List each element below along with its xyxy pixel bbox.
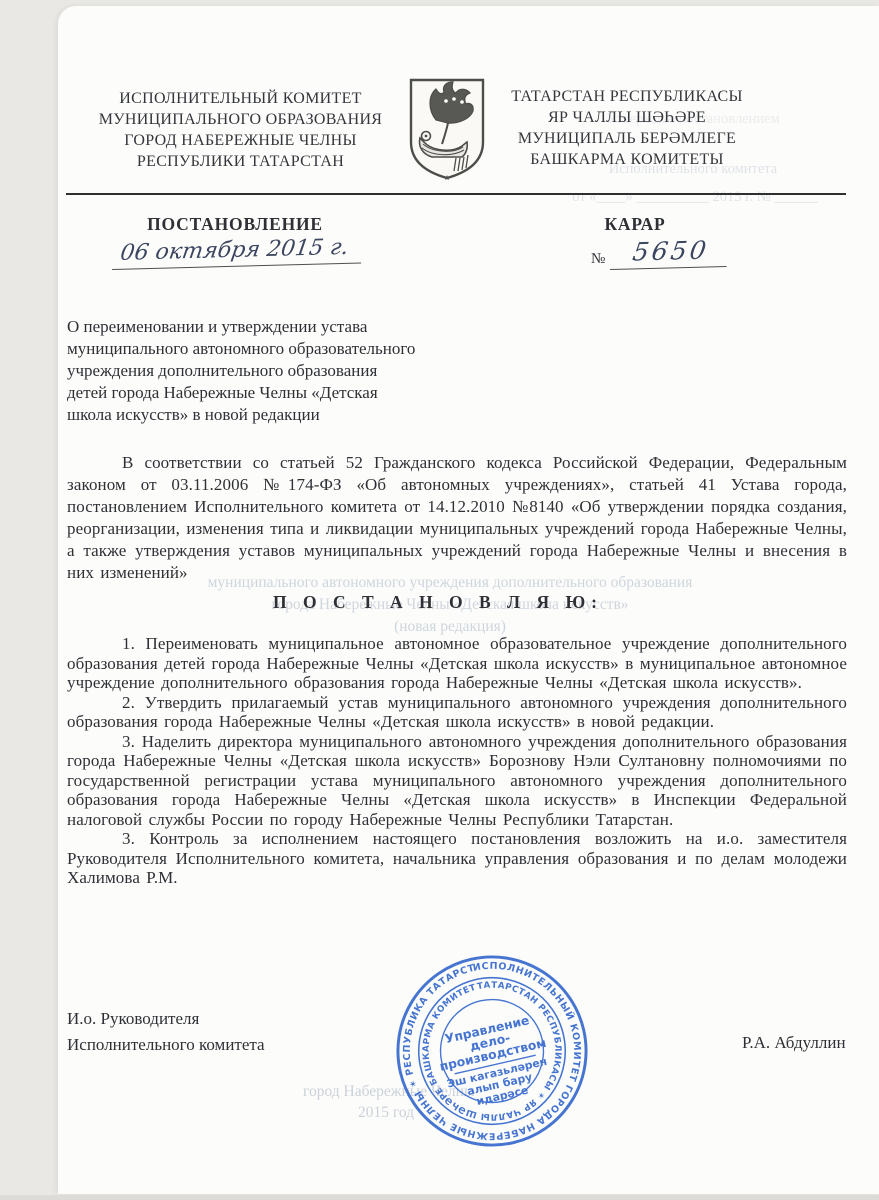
org-tt-line: МУНИЦИПАЛЬ БЕРӘМЛЕГЕ	[497, 128, 757, 149]
ghost-center-line-3: (новая редакция)	[50, 616, 850, 638]
org-name-russian: ИСПОЛНИТЕЛЬНЫЙ КОМИТЕТ МУНИЦИПАЛЬНОГО ОБ…	[88, 88, 393, 172]
org-ru-line: ИСПОЛНИТЕЛЬНЫЙ КОМИТЕТ	[88, 88, 393, 109]
org-ru-line: МУНИЦИПАЛЬНОГО ОБРАЗОВАНИЯ	[88, 109, 393, 130]
handwritten-number: 5650	[610, 235, 731, 270]
ghost-approval-line-3: от «____» __________ 2015 г. № ______	[540, 188, 850, 206]
preamble-paragraph: В соответствии со статьей 52 Гражданског…	[67, 452, 847, 584]
scanned-document: Утвержден постановлением Исполнительного…	[0, 0, 879, 1200]
boat-emblem-icon	[406, 76, 488, 182]
resolution-item-3: 3. Наделить директора муниципального авт…	[67, 732, 847, 830]
signer-position-line: И.о. Руководителя	[67, 1006, 265, 1032]
subject-line: О переименовании и утверждении устава	[67, 316, 467, 338]
subject-line: детей города Набережные Челны «Детская	[67, 382, 467, 404]
org-tt-line: ТАТАРСТАН РЕСПУБЛИКАСЫ	[497, 86, 757, 107]
org-tt-line: ЯР ЧАЛЛЫ ШӘҺӘРЕ	[497, 107, 757, 128]
resolve-heading: П О С Т А Н О В Л Я Ю:	[128, 592, 748, 613]
resolution-items: 1. Переименовать муниципальное автономно…	[67, 634, 847, 888]
header-divider-rule	[66, 193, 846, 195]
coat-of-arms	[406, 76, 488, 182]
org-ru-line: РЕСПУБЛИКИ ТАТАРСТАН	[88, 151, 393, 172]
signer-position: И.о. Руководителя Исполнительного комите…	[67, 1006, 265, 1058]
org-ru-line: ГОРОД НАБЕРЕЖНЫЕ ЧЕЛНЫ	[88, 130, 393, 151]
doc-type-tatar: КАРАР	[583, 214, 687, 235]
number-label: №	[591, 251, 605, 268]
resolution-item-4: 3. Контроль за исполнением настоящего по…	[67, 829, 847, 888]
resolution-item-1: 1. Переименовать муниципальное автономно…	[67, 634, 847, 693]
subject-line: школа искусств» в новой редакции	[67, 404, 467, 426]
signer-position-line: Исполнительного комитета	[67, 1032, 265, 1058]
subject-block: О переименовании и утверждении устава му…	[67, 316, 467, 426]
subject-line: муниципального автономного образовательн…	[67, 338, 467, 360]
doc-type-russian: ПОСТАНОВЛЕНИЕ	[130, 214, 340, 235]
scan-edge-shadow	[0, 1195, 879, 1200]
resolution-item-2: 2. Утвердить прилагаемый устав муниципал…	[67, 693, 847, 732]
signer-name: Р.А. Абдуллин	[742, 1030, 846, 1056]
subject-line: учреждения дополнительного образования	[67, 360, 467, 382]
org-tt-line: БАШКАРМА КОМИТЕТЫ	[497, 149, 757, 170]
org-name-tatar: ТАТАРСТАН РЕСПУБЛИКАСЫ ЯР ЧАЛЛЫ ШӘҺӘРЕ М…	[497, 86, 757, 170]
